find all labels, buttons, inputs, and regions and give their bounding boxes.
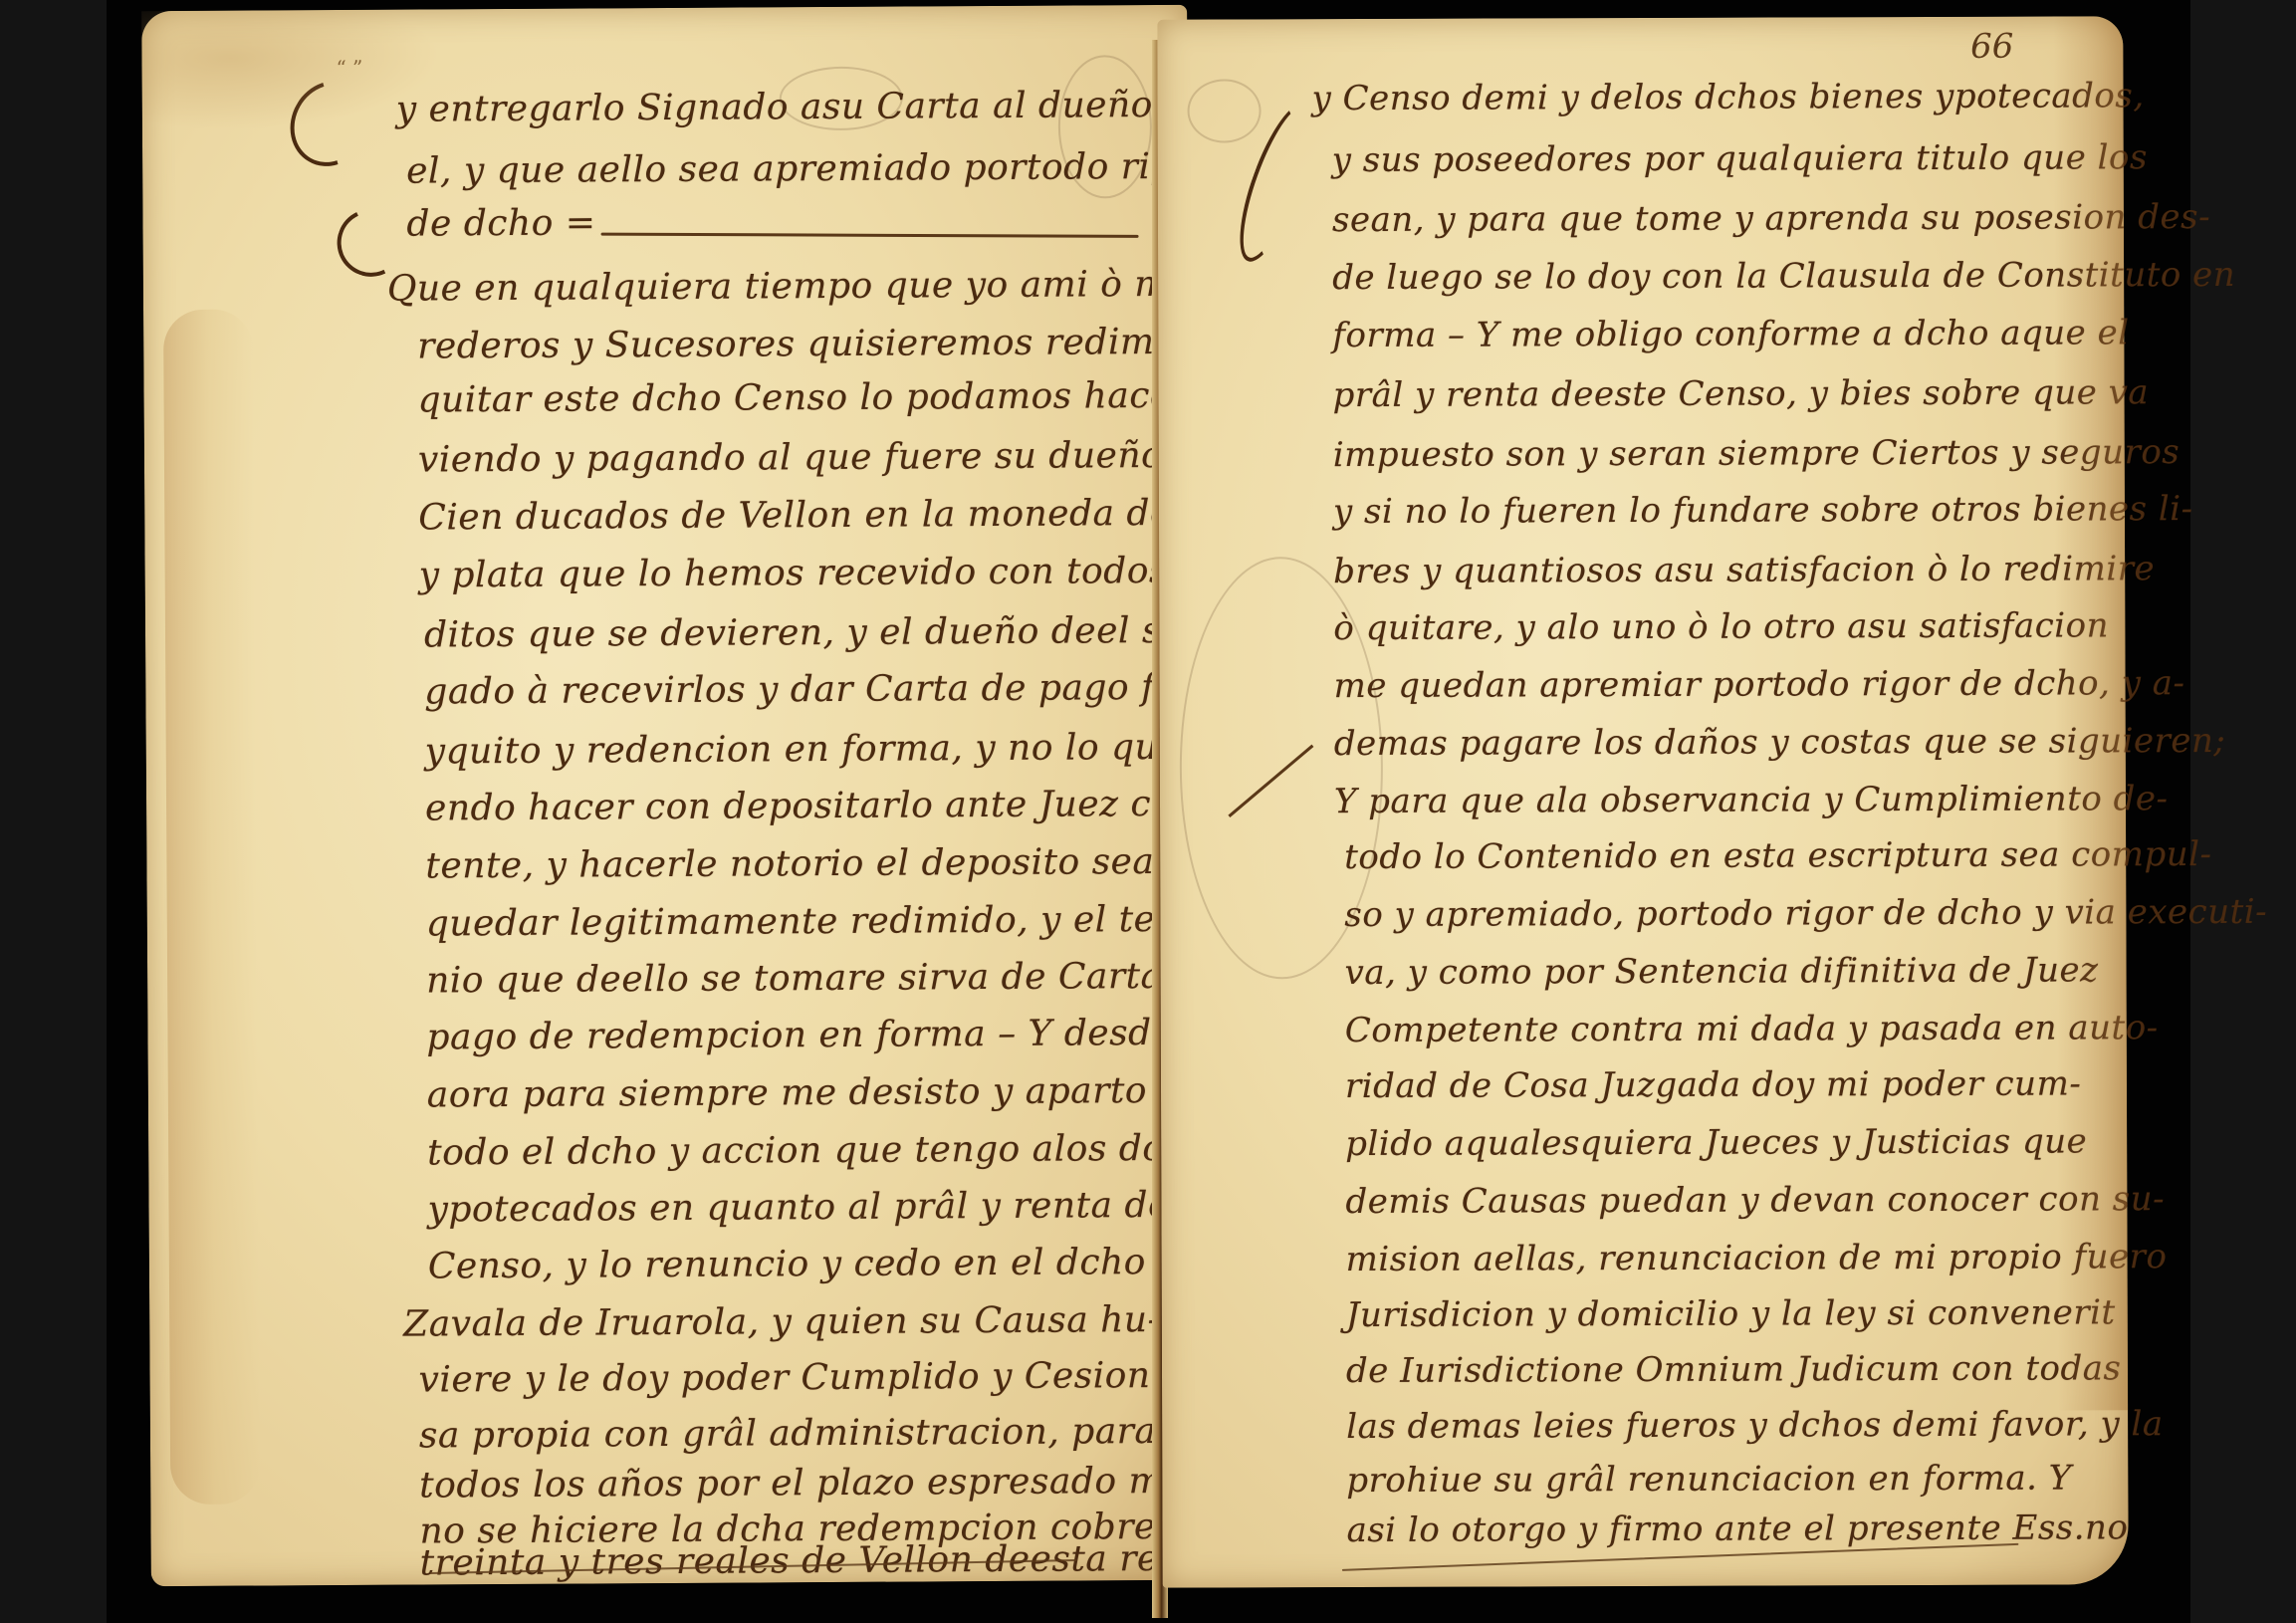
manuscript-line: ò quitare, y alo uno ò lo otro asu satis… [1333, 605, 2109, 648]
manuscript-line: y Censo demi y delos dchos bienes ypotec… [1311, 76, 2144, 118]
manuscript-line: de dcho = [406, 202, 595, 244]
manuscript-line: rederos y Sucesores quisieremos redimir … [417, 322, 1217, 367]
manuscript-line: sa propia con grâl administracion, para … [419, 1411, 1238, 1457]
right-manuscript-page: 66 y Censo demi y delos dchos bienes ypo… [1157, 16, 2128, 1587]
document-viewer: “ ” y entregarlo Signado asu Carta al du… [107, 0, 2190, 1623]
manuscript-line: forma – Y me obligo conforme a dcho aque… [1332, 313, 2129, 355]
manuscript-line: las demas leies fueros y dchos demi favo… [1346, 1404, 2164, 1447]
manuscript-line: quedar legitimamente redimido, y el test… [426, 898, 1259, 944]
manuscript-line: treinta y tres reales de Vellon deesta r… [420, 1538, 1220, 1584]
manuscript-line: demis Causas puedan y devan conocer con … [1345, 1179, 2165, 1222]
manuscript-line: mision aellas, renunciacion de mi propio… [1346, 1237, 2168, 1279]
manuscript-line: y entregarlo Signado asu Carta al dueño … [396, 85, 1223, 130]
manuscript-line: endo hacer con depositarlo ante Juez com… [425, 783, 1265, 828]
right-page-text: y Censo demi y delos dchos bienes ypotec… [1157, 16, 2123, 19]
folio-number: 66 [1970, 27, 2013, 67]
corner-mark: “ ” [336, 56, 362, 80]
manuscript-line: gado à recevirlos y dar Carta de pago fi… [424, 667, 1203, 713]
manuscript-line: ridad de Cosa Juzgada doy mi poder cum- [1345, 1063, 2081, 1106]
manuscript-line: demas pagare los daños y costas que se s… [1334, 721, 2226, 764]
manuscript-line: ypotecados en quanto al prâl y renta dee… [427, 1184, 1247, 1230]
manuscript-line: impuesto son y seran siempre Ciertos y s… [1333, 432, 2181, 475]
section-rule [601, 233, 1139, 238]
manuscript-line: Y para que ala observancia y Cumplimient… [1334, 779, 2169, 821]
manuscript-line: Zavala de Iruarola, y quien su Causa hu- [403, 1299, 1160, 1345]
manuscript-line: prâl y renta deeste Censo, y bies sobre … [1333, 372, 2150, 415]
manuscript-line: de luego se lo doy con la Clausula de Co… [1332, 255, 2235, 298]
manuscript-line: Jurisdicion y domicilio y la ley si conv… [1346, 1292, 2116, 1335]
manuscript-line: Cien ducados de Vellon en la moneda de o… [418, 492, 1246, 538]
manuscript-line: tente, y hacerle notorio el deposito sea… [425, 840, 1255, 886]
manuscript-line: yquito y redencion en forma, y no lo que… [425, 727, 1223, 773]
initial-flourish [275, 67, 385, 181]
manuscript-line: va, y como por Sentencia difinitiva de J… [1345, 950, 2099, 993]
manuscript-line: y si no lo fueren lo fundare sobre otros… [1333, 489, 2193, 532]
manuscript-line: de Iurisdictione Omnium Judicum con toda… [1346, 1348, 2122, 1391]
manuscript-line: bres y quantiosos asu satisfacion ò lo r… [1333, 549, 2155, 591]
manuscript-line: prohiue su grâl renunciacion en forma. Y [1346, 1459, 2071, 1502]
manuscript-line: so y apremiado, portodo rigor de dcho y … [1344, 892, 2267, 935]
manuscript-line: todo lo Contenido en esta escriptura sea… [1344, 834, 2211, 877]
manuscript-line: Competente contra mi dada y pasada en au… [1345, 1008, 2159, 1050]
manuscript-line: el, y que aello sea apremiado portodo ri… [406, 146, 1214, 192]
manuscript-line: plido aqualesquiera Jueces y Justicias q… [1345, 1121, 2087, 1164]
manuscript-line: Que en qualquiera tiempo que yo ami ò mi… [387, 263, 1269, 309]
manuscript-line: aora para siempre me desisto y aparto de [427, 1070, 1205, 1116]
manuscript-line: y sus poseedores por qualquiera titulo q… [1332, 137, 2148, 180]
manuscript-line: pago de redempcion en forma – Y desde [426, 1013, 1173, 1058]
left-page-text: y entregarlo Signado asu Carta al dueño … [141, 5, 1187, 11]
left-manuscript-page: “ ” y entregarlo Signado asu Carta al du… [141, 5, 1197, 1586]
bleed-through-mark [1187, 79, 1261, 142]
manuscript-line: me quedan apremiar portodo rigor de dcho… [1334, 663, 2185, 706]
manuscript-line: sean, y para que tome y aprenda su poses… [1332, 197, 2210, 240]
manuscript-line: nio que deello se tomare sirva de Carta … [426, 956, 1220, 1002]
manuscript-line: quitar este dcho Censo lo podamos hacer … [417, 374, 1268, 420]
